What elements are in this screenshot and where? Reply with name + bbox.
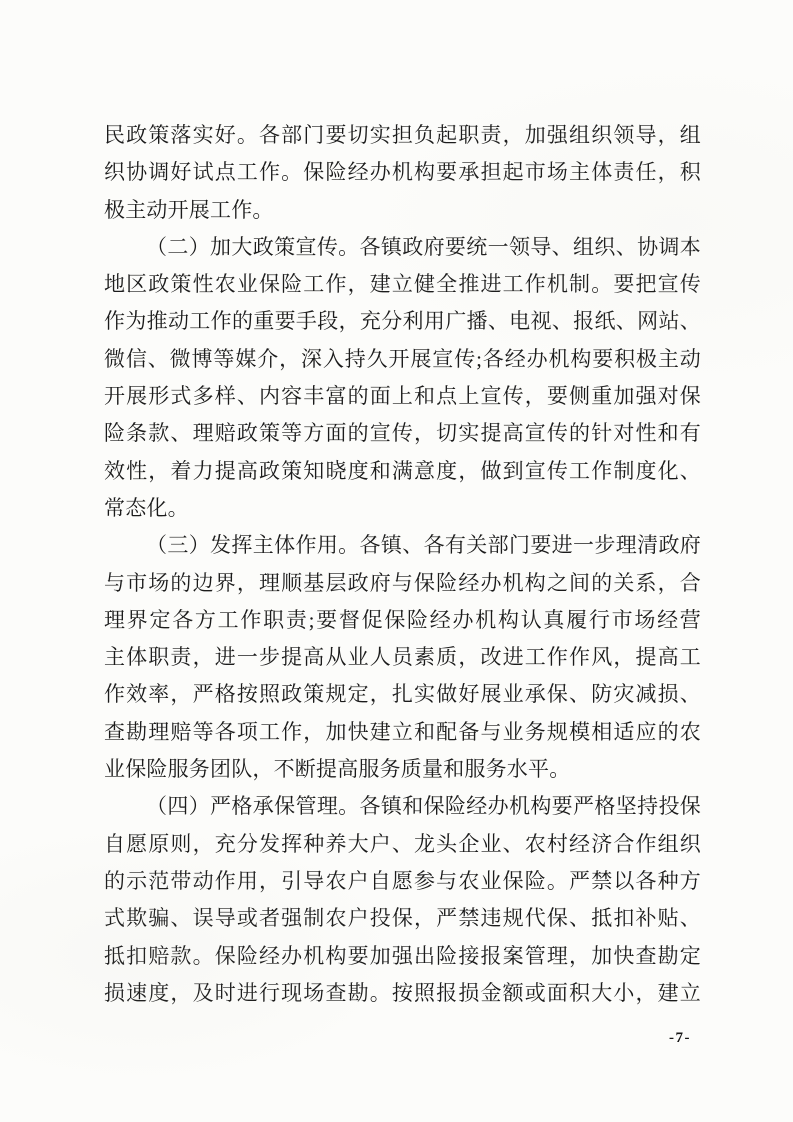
text-line: （四）严格承保管理。各镇和保险经办机构要严格坚持投保 <box>104 788 701 825</box>
text-line: 抵扣赔款。保险经办机构要加强出险接报案管理，加快查勘定 <box>104 938 701 975</box>
text-line: 险条款、理赔政策等方面的宣传，切实提高宣传的针对性和有 <box>104 415 701 452</box>
text-line: 式欺骗、误导或者强制农户投保，严禁违规代保、抵扣补贴、 <box>104 900 701 937</box>
text-line: 作为推动工作的重要手段，充分利用广播、电视、报纸、网站、 <box>104 303 701 340</box>
text-line: 地区政策性农业保险工作，建立健全推进工作机制。要把宣传 <box>104 266 701 303</box>
text-line: 作效率，严格按照政策规定，扎实做好展业承保、防灾减损、 <box>104 676 701 713</box>
text-line: （二）加大政策宣传。各镇政府要统一领导、组织、协调本 <box>104 229 701 266</box>
text-line: 开展形式多样、内容丰富的面上和点上宣传，要侧重加强对保 <box>104 378 701 415</box>
text-line: 织协调好试点工作。保险经办机构要承担起市场主体责任，积 <box>104 154 701 191</box>
document-text: 民政策落实好。各部门要切实担负起职责，加强组织领导，组织协调好试点工作。保险经办… <box>104 117 701 1012</box>
text-line: 极主动开展工作。 <box>104 192 701 229</box>
text-line: 自愿原则，充分发挥种养大户、龙头企业、农村经济合作组织 <box>104 826 701 863</box>
text-line: 业保险服务团队，不断提高服务质量和服务水平。 <box>104 751 701 788</box>
text-line: 与市场的边界，理顺基层政府与保险经办机构之间的关系，合 <box>104 565 701 602</box>
document-page: 民政策落实好。各部门要切实担负起职责，加强组织领导，组织协调好试点工作。保险经办… <box>0 0 793 1122</box>
text-line: 理界定各方工作职责;要督促保险经办机构认真履行市场经营 <box>104 602 701 639</box>
text-line: 微信、微博等媒介，深入持久开展宣传;各经办机构要积极主动 <box>104 341 701 378</box>
text-line: 主体职责，进一步提高从业人员素质，改进工作作风，提高工 <box>104 639 701 676</box>
text-line: 民政策落实好。各部门要切实担负起职责，加强组织领导，组 <box>104 117 701 154</box>
text-line: 的示范带动作用，引导农户自愿参与农业保险。严禁以各种方 <box>104 863 701 900</box>
text-line: 查勘理赔等各项工作，加快建立和配备与业务规模相适应的农 <box>104 714 701 751</box>
text-line: 损速度，及时进行现场查勘。按照报损金额或面积大小，建立 <box>104 975 701 1012</box>
page-number: -7- <box>669 1030 691 1047</box>
text-line: （三）发挥主体作用。各镇、各有关部门要进一步理清政府 <box>104 527 701 564</box>
text-line: 效性，着力提高政策知晓度和满意度，做到宣传工作制度化、 <box>104 453 701 490</box>
text-line: 常态化。 <box>104 490 701 527</box>
